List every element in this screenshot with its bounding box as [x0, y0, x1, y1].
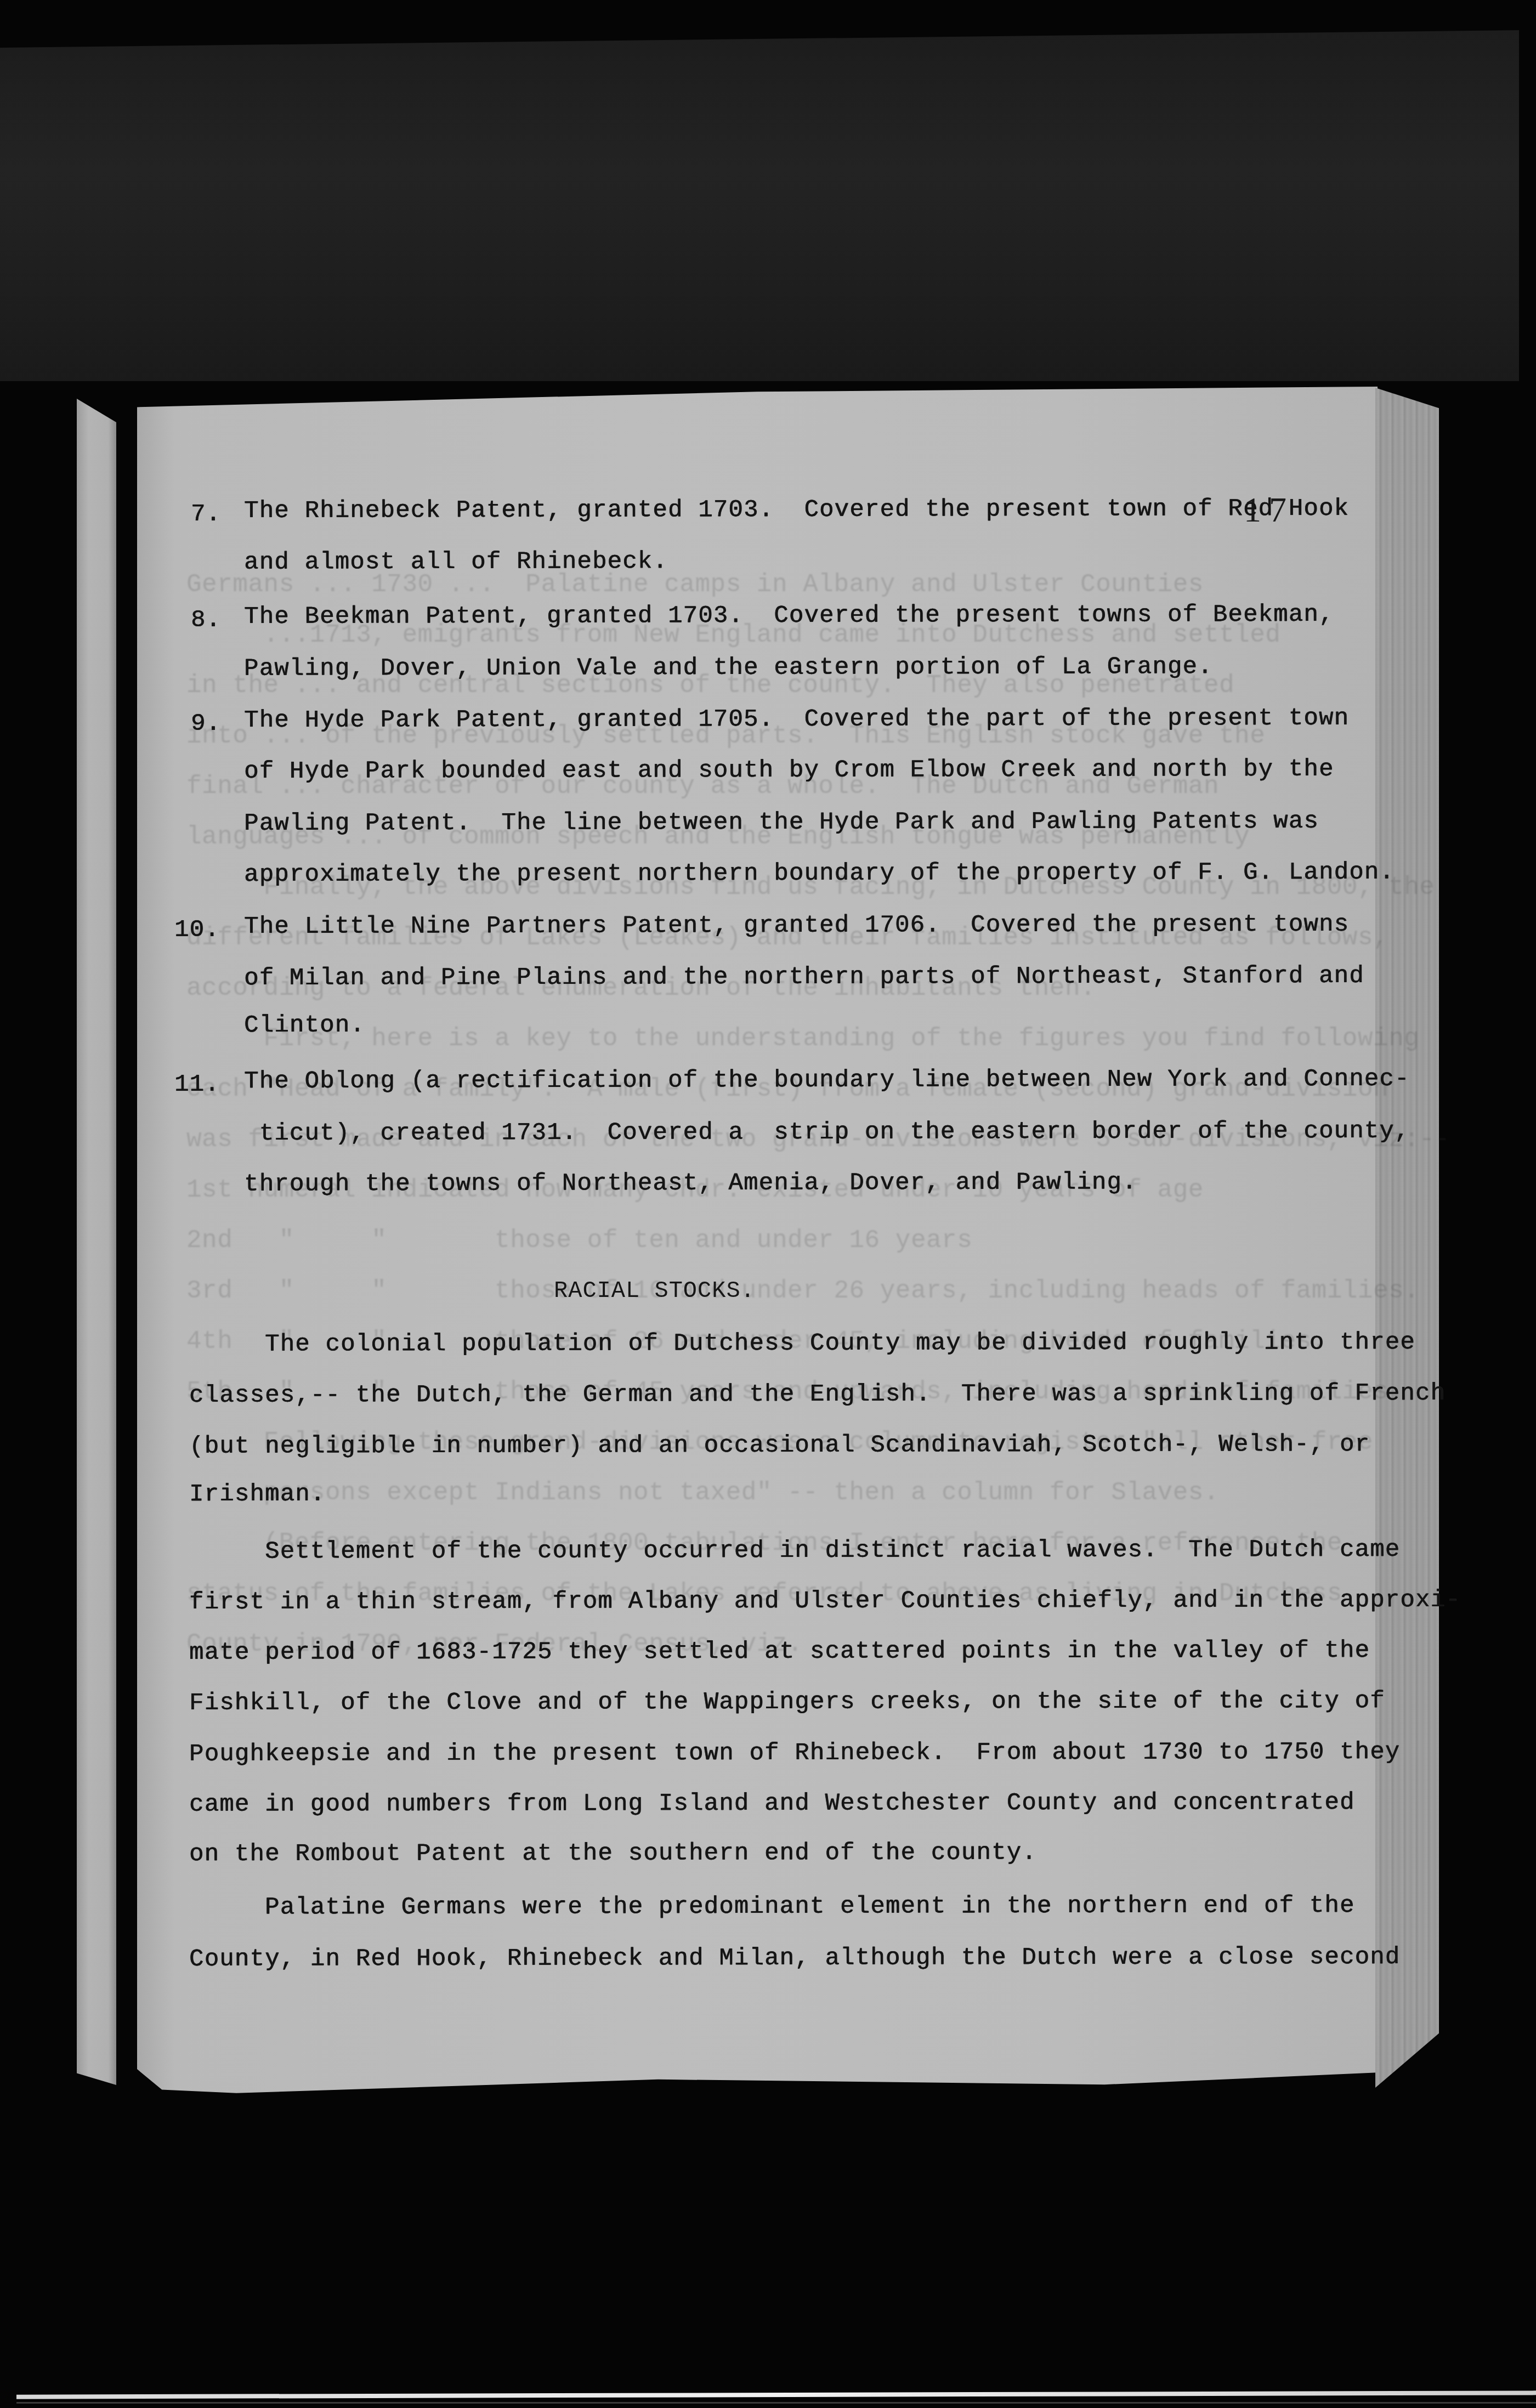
- item-line: Pawling, Dover, Union Vale and the easte…: [244, 653, 1213, 683]
- item-number: 11.: [174, 1071, 220, 1098]
- item-line: approximately the present northern bound…: [244, 859, 1395, 888]
- bleed-through-line: First, here is a key to the understandin…: [186, 1024, 1419, 1053]
- item-line: and almost all of Rhinebeck.: [244, 548, 668, 576]
- paragraph-line: first in a thin stream, from Albany and …: [189, 1587, 1461, 1616]
- bleed-through-line: 3rd " " those of 16 and under 26 years, …: [186, 1277, 1419, 1305]
- item-line: The Oblong (a rectification of the bound…: [244, 1066, 1410, 1095]
- paragraph-line: (but negligible in number) and an occasi…: [189, 1431, 1370, 1460]
- facing-page-edge: [77, 399, 116, 2085]
- scanner-bottom-rule-shadow: [16, 2402, 1536, 2404]
- item-line: Pawling Patent. The line between the Hyd…: [244, 808, 1319, 837]
- item-line: of Hyde Park bounded east and south by C…: [244, 756, 1334, 785]
- paragraph-line: Poughkeepsie and in the present town of …: [189, 1738, 1400, 1768]
- item-line: through the towns of Northeast, Amenia, …: [244, 1169, 1137, 1198]
- item-line: of Milan and Pine Plains and the norther…: [244, 962, 1364, 992]
- item-line: The Little Nine Partners Patent, granted…: [244, 911, 1349, 940]
- paragraph-line: Fishkill, of the Clove and of the Wappin…: [189, 1687, 1385, 1717]
- paragraph-line: Palatine Germans were the predominant el…: [189, 1892, 1355, 1922]
- item-line: ticut), created 1731. Covered a strip on…: [244, 1118, 1410, 1147]
- item-number: 10.: [174, 916, 220, 944]
- page-stack-edge: [1375, 388, 1439, 2088]
- paragraph-line: The colonial population of Dutchess Coun…: [189, 1329, 1415, 1358]
- paragraph-line: mate period of 1683-1725 they settled at…: [189, 1637, 1370, 1667]
- item-number: 7.: [191, 501, 221, 528]
- section-heading: RACIAL STOCKS.: [554, 1278, 755, 1304]
- item-line: The Beekman Patent, granted 1703. Covere…: [244, 601, 1334, 631]
- scanner-background-band: [0, 30, 1519, 381]
- paragraph-line: classes,-- the Dutch, the German and the…: [189, 1380, 1446, 1409]
- paragraph-line: Irishman.: [189, 1481, 326, 1508]
- item-line: Clinton.: [244, 1012, 365, 1039]
- item-number: 9.: [191, 710, 221, 738]
- paragraph-line: came in good numbers from Long Island an…: [189, 1789, 1355, 1818]
- item-line: The Hyde Park Patent, granted 1705. Cove…: [244, 705, 1349, 734]
- paragraph-line: County, in Red Hook, Rhinebeck and Milan…: [189, 1944, 1400, 1973]
- item-line: The Rhinebeck Patent, granted 1703. Cove…: [244, 495, 1349, 525]
- item-number: 8.: [191, 607, 221, 634]
- bleed-through-line: persons except Indians not taxed" -- the…: [186, 1478, 1219, 1507]
- bleed-through-line: 2nd " " those of ten and under 16 years: [186, 1226, 972, 1255]
- paragraph-line: Settlement of the county occurred in dis…: [189, 1536, 1400, 1566]
- paragraph-line: on the Rombout Patent at the southern en…: [189, 1839, 1037, 1868]
- scanner-bottom-rule: [16, 2390, 1536, 2399]
